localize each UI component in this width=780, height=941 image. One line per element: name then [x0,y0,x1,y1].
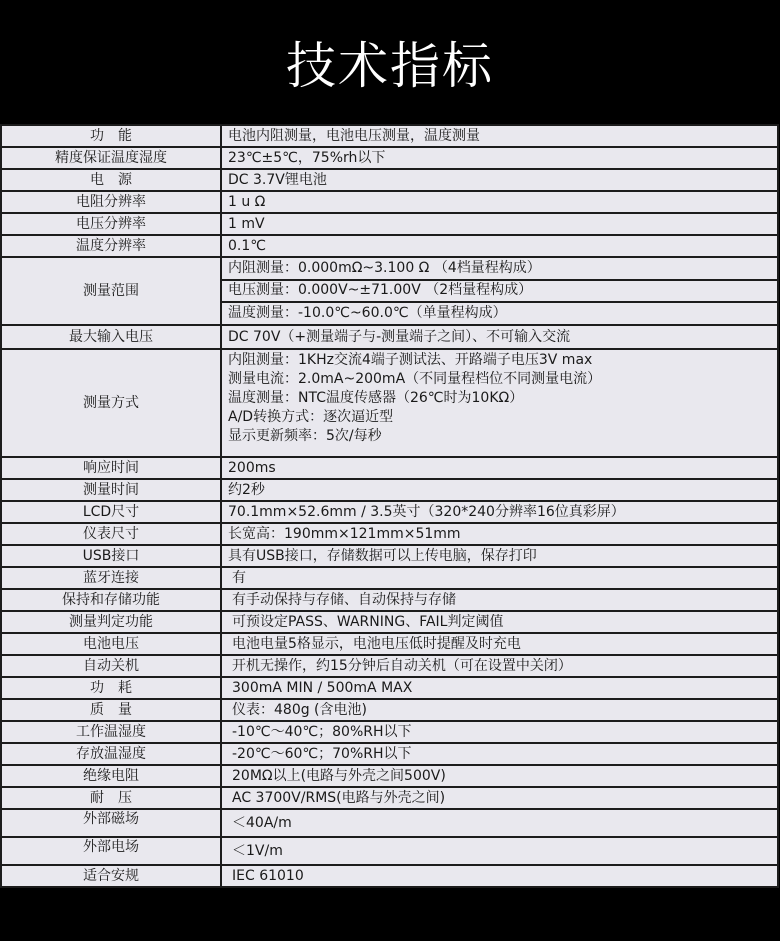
spec-line: 内阻测量：1KHz交流4端子测试法、开路端子电压3V max [228,351,771,370]
spec-value: 300mA MIN / 500mA MAX [221,677,778,699]
spec-value: 200ms [221,457,778,479]
spec-value: AC 3700V/RMS(电路与外壳之间) [221,787,778,809]
table-row: 仪表尺寸 长宽高：190mm×121mm×51mm [1,523,778,545]
spec-value: 约2秒 [221,479,778,501]
table-row: 响应时间 200ms [1,457,778,479]
spec-label: 电压分辨率 [1,213,221,235]
spec-label: 电池电压 [1,633,221,655]
spec-label: 测量范围 [1,257,221,325]
spec-label: 最大输入电压 [1,325,221,349]
spec-label: LCD尺寸 [1,501,221,523]
spec-label: 外部电场 [1,837,221,865]
table-row: 电阻分辨率 1 u Ω [1,191,778,213]
spec-value: 70.1mm×52.6mm / 3.5英寸（320*240分辨率16位真彩屏） [221,501,778,523]
spec-value: 电压测量：0.000V~±71.00V （2档量程构成） [221,280,778,303]
table-row: 测量时间 约2秒 [1,479,778,501]
spec-value: 1 mV [221,213,778,235]
spec-table: 功 能 电池内阻测量，电池电压测量，温度测量 精度保证温度湿度 23℃±5℃，7… [0,124,779,888]
spec-label: 精度保证温度湿度 [1,147,221,169]
spec-value: 0.1℃ [221,235,778,257]
table-row: 自动关机 开机无操作，约15分钟后自动关机（可在设置中关闭） [1,655,778,677]
spec-value: 20MΩ以上(电路与外壳之间500V) [221,765,778,787]
table-row: 电 源 DC 3.7V锂电池 [1,169,778,191]
spec-value-multiline: 内阻测量：1KHz交流4端子测试法、开路端子电压3V max 测量电流：2.0m… [221,349,778,457]
spec-value: 开机无操作，约15分钟后自动关机（可在设置中关闭） [221,655,778,677]
spec-line: A/D转换方式：逐次逼近型 [228,408,771,427]
table-row: 电压分辨率 1 mV [1,213,778,235]
spec-label: 电 源 [1,169,221,191]
table-row: 精度保证温度湿度 23℃±5℃，75%rh以下 [1,147,778,169]
page-header: 技术指标 [0,0,780,124]
spec-value: 可预设定PASS、WARNING、FAIL判定阈值 [221,611,778,633]
spec-value: ＜40A/m [221,809,778,837]
table-row: 工作温湿度 -10℃～40℃；80%RH以下 [1,721,778,743]
spec-label: 耐 压 [1,787,221,809]
table-row: LCD尺寸 70.1mm×52.6mm / 3.5英寸（320*240分辨率16… [1,501,778,523]
table-row: 功 能 电池内阻测量，电池电压测量，温度测量 [1,125,778,147]
spec-value: 电池内阻测量，电池电压测量，温度测量 [221,125,778,147]
spec-label: 测量方式 [1,349,221,457]
spec-label: USB接口 [1,545,221,567]
spec-value: 仪表：480g (含电池) [221,699,778,721]
spec-label: 电阻分辨率 [1,191,221,213]
table-row: 质 量 仪表：480g (含电池) [1,699,778,721]
spec-value: 长宽高：190mm×121mm×51mm [221,523,778,545]
spec-value: DC 70V（+测量端子与-测量端子之间）、不可输入交流 [221,325,778,349]
table-row: 功 耗 300mA MIN / 500mA MAX [1,677,778,699]
table-row: 保持和存储功能 有手动保持与存储、自动保持与存储 [1,589,778,611]
spec-label: 工作温湿度 [1,721,221,743]
table-row: 外部电场 ＜1V/m [1,837,778,865]
spec-label: 自动关机 [1,655,221,677]
table-row: 测量范围 内阻测量：0.000mΩ~3.100 Ω （4档量程构成） [1,257,778,280]
spec-label: 存放温湿度 [1,743,221,765]
spec-label: 测量时间 [1,479,221,501]
spec-value: 具有USB接口，存储数据可以上传电脑，保存打印 [221,545,778,567]
spec-value: 有手动保持与存储、自动保持与存储 [221,589,778,611]
spec-label: 保持和存储功能 [1,589,221,611]
table-row: 最大输入电压 DC 70V（+测量端子与-测量端子之间）、不可输入交流 [1,325,778,349]
spec-value: -20℃～60℃；70%RH以下 [221,743,778,765]
spec-value: 电池电量5格显示，电池电压低时提醒及时充电 [221,633,778,655]
table-row: USB接口 具有USB接口，存储数据可以上传电脑，保存打印 [1,545,778,567]
table-row: 适合安规 IEC 61010 [1,865,778,887]
table-row: 测量方式 内阻测量：1KHz交流4端子测试法、开路端子电压3V max 测量电流… [1,349,778,457]
spec-label: 测量判定功能 [1,611,221,633]
spec-value: IEC 61010 [221,865,778,887]
table-row: 电池电压 电池电量5格显示，电池电压低时提醒及时充电 [1,633,778,655]
table-row: 温度分辨率 0.1℃ [1,235,778,257]
spec-label: 适合安规 [1,865,221,887]
spec-label: 外部磁场 [1,809,221,837]
table-row: 蓝牙连接 有 [1,567,778,589]
spec-label: 仪表尺寸 [1,523,221,545]
spec-label: 功 能 [1,125,221,147]
spec-label: 响应时间 [1,457,221,479]
spec-label: 温度分辨率 [1,235,221,257]
spec-line: 测量电流：2.0mA~200mA（不同量程档位不同测量电流） [228,370,771,389]
spec-value: ＜1V/m [221,837,778,865]
spec-label: 蓝牙连接 [1,567,221,589]
spec-label: 质 量 [1,699,221,721]
spec-value: DC 3.7V锂电池 [221,169,778,191]
page-title: 技术指标 [286,26,494,98]
table-row: 绝缘电阻 20MΩ以上(电路与外壳之间500V) [1,765,778,787]
spec-value: 1 u Ω [221,191,778,213]
spec-line: 温度测量：NTC温度传感器（26℃时为10KΩ） [228,389,771,408]
spec-value: 温度测量：-10.0℃~60.0℃（单量程构成） [221,302,778,325]
table-row: 存放温湿度 -20℃～60℃；70%RH以下 [1,743,778,765]
table-row: 测量判定功能 可预设定PASS、WARNING、FAIL判定阈值 [1,611,778,633]
spec-label: 绝缘电阻 [1,765,221,787]
spec-value: 内阻测量：0.000mΩ~3.100 Ω （4档量程构成） [221,257,778,280]
table-row: 外部磁场 ＜40A/m [1,809,778,837]
spec-line: 显示更新频率：5次/每秒 [228,427,771,446]
table-row: 耐 压 AC 3700V/RMS(电路与外壳之间) [1,787,778,809]
spec-value: -10℃～40℃；80%RH以下 [221,721,778,743]
spec-value: 23℃±5℃，75%rh以下 [221,147,778,169]
spec-label: 功 耗 [1,677,221,699]
spec-value: 有 [221,567,778,589]
